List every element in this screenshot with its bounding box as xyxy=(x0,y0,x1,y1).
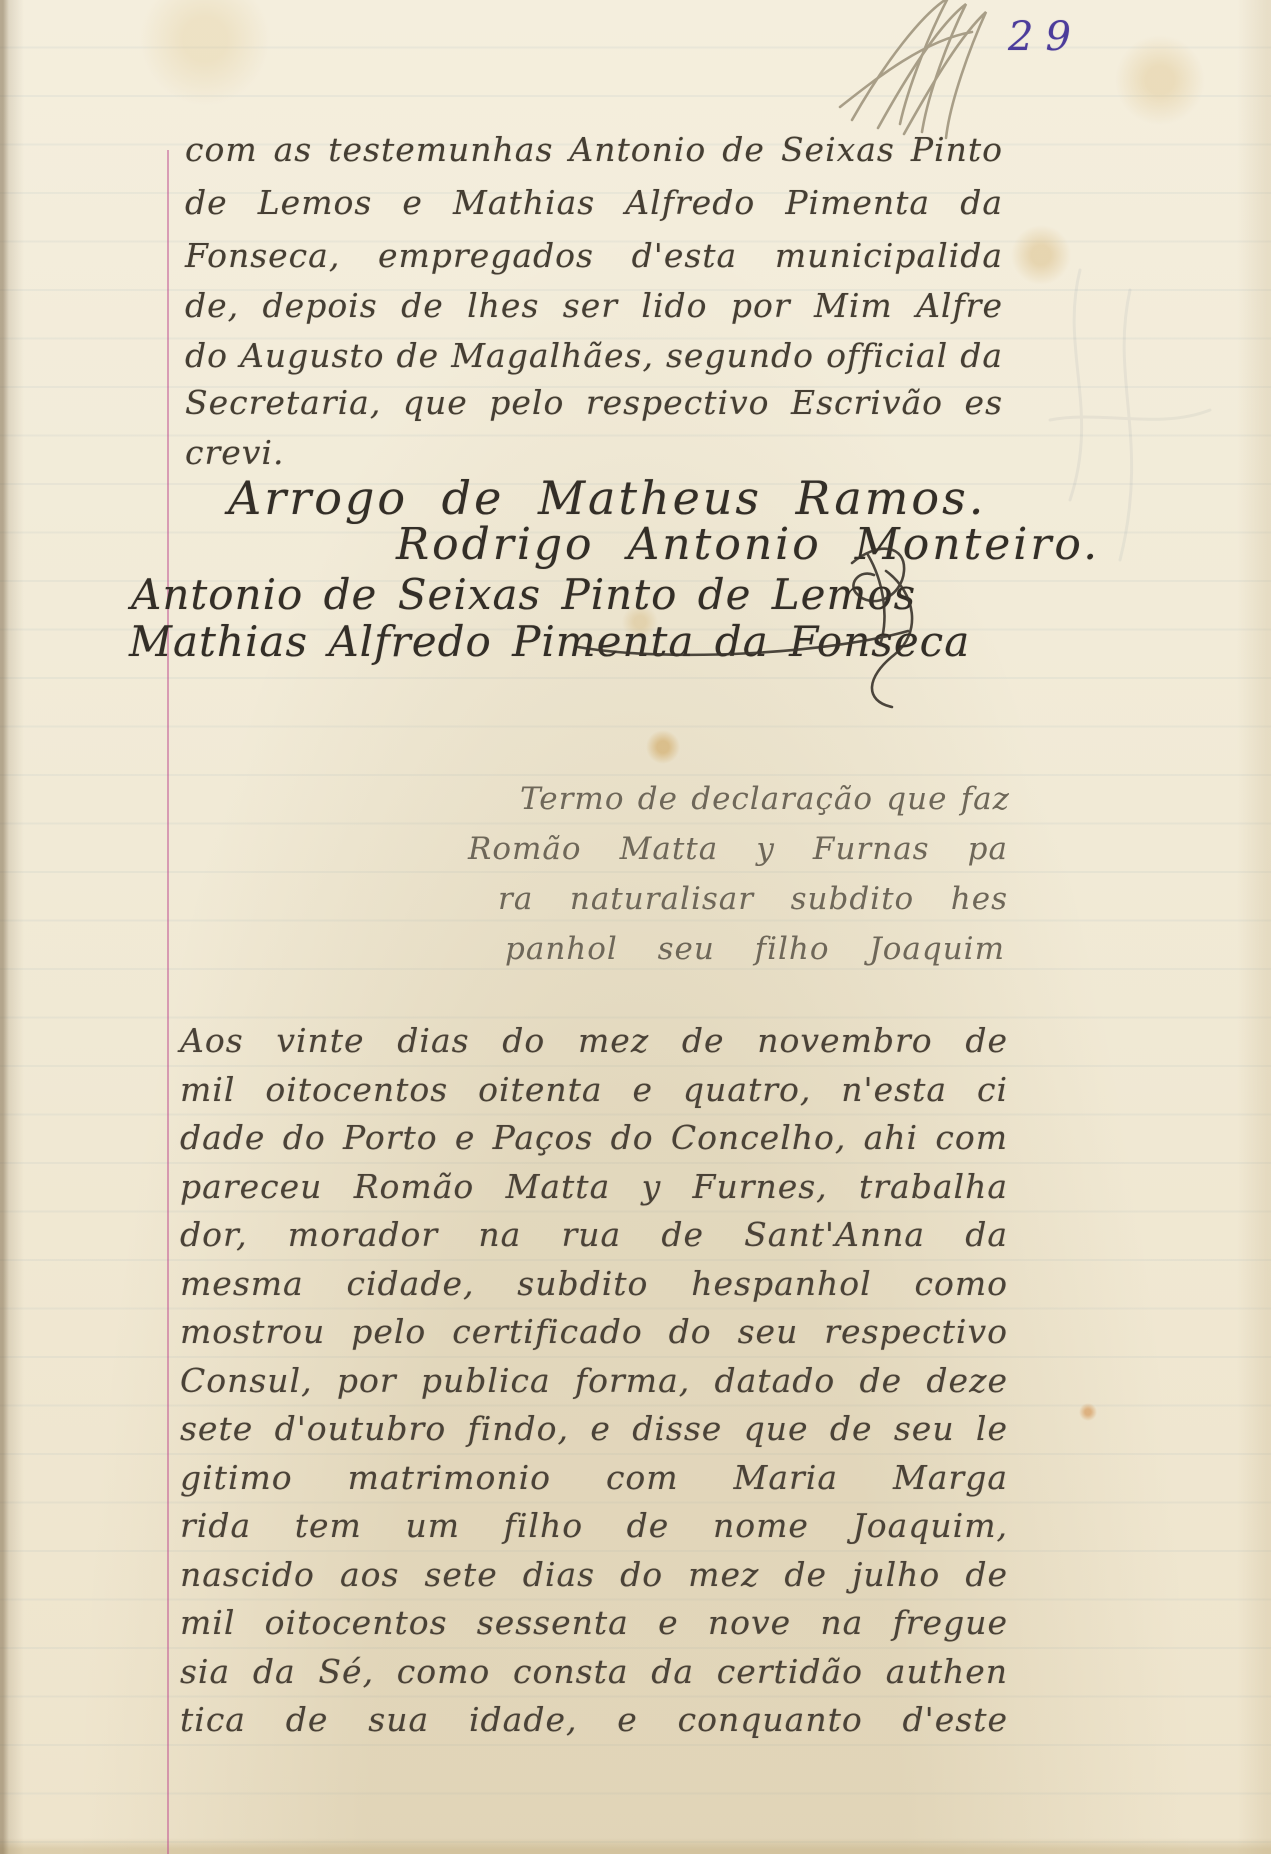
manuscript-line: Fonseca, empregados d'esta municipalida xyxy=(185,234,1003,278)
manuscript-line: gitimo matrimonio com Maria Marga xyxy=(180,1456,1008,1500)
manuscript-line: de, depois de lhes ser lido por Mim Alfr… xyxy=(185,284,1003,328)
manuscript-line: Aos vinte dias do mez de novembro de xyxy=(180,1019,1008,1063)
manuscript-line: dade do Porto e Paços do Concelho, ahi c… xyxy=(180,1116,1008,1160)
manuscript-line: nascido aos sete dias do mez de julho de xyxy=(180,1553,1008,1597)
signature-arrogo-matheus-ramos: Arrogo de Matheus Ramos. xyxy=(228,472,986,524)
manuscript-line: rida tem um filho de nome Joaquim, xyxy=(180,1504,1008,1548)
manuscript-line: mostrou pelo certificado do seu respecti… xyxy=(180,1310,1008,1354)
manuscript-page-scan: 29 com as testemunhas Antonio de Seixas … xyxy=(0,0,1271,1854)
manuscript-line: crevi. xyxy=(185,431,1003,475)
manuscript-line: sia da Sé, como consta da certidão authe… xyxy=(180,1650,1008,1694)
manuscript-line: mesma cidade, subdito hespanhol como xyxy=(180,1262,1008,1306)
manuscript-line: com as testemunhas Antonio de Seixas Pin… xyxy=(185,128,1003,172)
pencil-rubric-flourish-icon xyxy=(830,0,1030,142)
manuscript-line: Consul, por publica forma, datado de dez… xyxy=(180,1359,1008,1403)
termo-heading-line: panhol seu filho Joaquim xyxy=(505,927,1005,971)
manuscript-line: de Lemos e Mathias Alfredo Pimenta da xyxy=(185,181,1003,225)
termo-heading-line: Romão Matta y Furnas pa xyxy=(468,827,1008,871)
page-number: 29 xyxy=(1008,14,1083,60)
manuscript-line: dor, morador na rua de Sant'Anna da xyxy=(180,1213,1008,1257)
termo-heading-line: Termo de declaração que faz xyxy=(520,777,1010,821)
manuscript-line: mil oitocentos oitenta e quatro, n'esta … xyxy=(180,1068,1008,1112)
manuscript-line: tica de sua idade, e conquanto d'este xyxy=(180,1698,1008,1742)
manuscript-line: pareceu Romão Matta y Furnes, trabalha xyxy=(180,1165,1008,1209)
manuscript-line: do Augusto de Magalhães, segundo officia… xyxy=(185,334,1003,378)
manuscript-line: Secretaria, que pelo respectivo Escrivão… xyxy=(185,381,1003,425)
margin-rule-line xyxy=(167,150,169,1854)
ink-rubric-flourish-icon xyxy=(560,535,940,725)
termo-heading-line: ra naturalisar subdito hes xyxy=(498,877,1008,921)
manuscript-line: mil oitocentos sessenta e nove na fregue xyxy=(180,1601,1008,1645)
manuscript-line: sete d'outubro findo, e disse que de seu… xyxy=(180,1407,1008,1451)
